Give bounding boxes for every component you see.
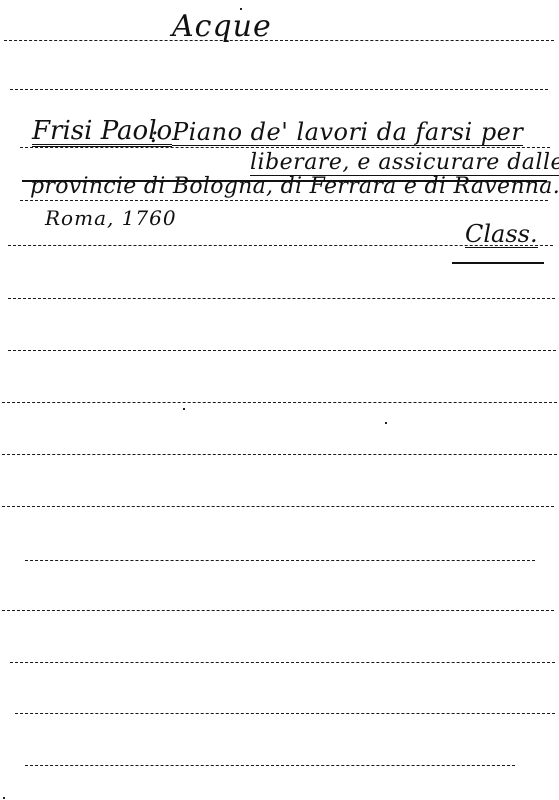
catalog-card: Acque Frisi Paolo : Piano de' lavori da … — [0, 0, 559, 800]
ruled-line — [20, 200, 548, 201]
title-line-2: liberare, e assicurare dalle acque le — [250, 152, 559, 176]
ruled-line — [4, 40, 554, 41]
ruled-line — [15, 713, 555, 714]
author-separator: : — [150, 122, 158, 146]
title-line-1: Piano de' lavori da farsi per — [172, 120, 523, 146]
ruled-line — [2, 402, 557, 403]
scan-speck — [183, 408, 185, 410]
ruled-line — [8, 298, 555, 299]
ruled-line — [2, 506, 554, 507]
classification-label: Class. — [465, 222, 538, 248]
ruled-line — [20, 147, 550, 148]
scan-speck — [385, 422, 387, 424]
ruled-line — [10, 662, 555, 663]
scan-speck — [240, 8, 242, 10]
title-underline — [22, 180, 547, 182]
scan-speck — [3, 797, 5, 799]
ruled-line — [8, 350, 556, 351]
ruled-line — [2, 454, 557, 455]
subject-heading: Acque — [172, 12, 272, 42]
ruled-line — [25, 765, 515, 766]
classification-underline — [452, 262, 544, 264]
ruled-line — [10, 89, 548, 90]
ruled-line — [25, 560, 535, 561]
imprint: Roma, 1760 — [45, 208, 177, 228]
ruled-line — [2, 610, 554, 611]
